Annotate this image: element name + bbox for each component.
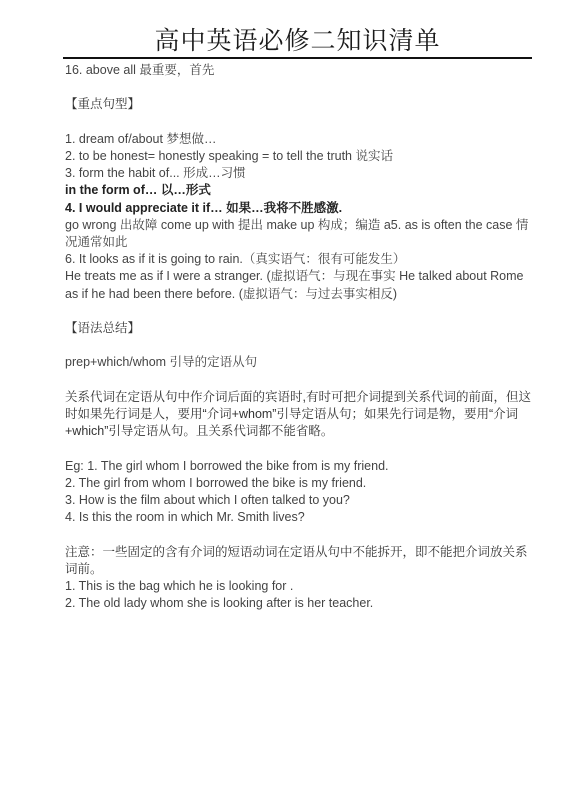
spacer bbox=[65, 303, 535, 320]
sentence-item-3b: in the form of… 以…形式 bbox=[65, 182, 535, 199]
sentence-item-3: 3. form the habit of... 形成…习惯 bbox=[65, 165, 535, 182]
sentence-item-2: 2. to be honest= honestly speaking = to … bbox=[65, 148, 535, 165]
note-example-1: 1. This is the bag which he is looking f… bbox=[65, 578, 535, 595]
sentence-item-1: 1. dream of/about 梦想做… bbox=[65, 131, 535, 148]
sentence-item-4: 4. I would appreciate it if… 如果…我将不胜感激. bbox=[65, 200, 535, 217]
section-heading-key-sentences: 【重点句型】 bbox=[65, 96, 535, 113]
sentence-item-subjunctive: He treats me as if I were a stranger. (虚… bbox=[65, 268, 535, 302]
grammar-explanation: 关系代词在定语从句中作介词后面的宾语时,有时可把介词提到关系代词的前面，但这时如… bbox=[65, 389, 535, 441]
document-page: 高中英语必修二知识清单 16. above all 最重要，首先 【重点句型】 … bbox=[0, 0, 584, 811]
note-example-2: 2. The old lady whom she is looking afte… bbox=[65, 595, 535, 612]
spacer bbox=[65, 526, 535, 543]
spacer bbox=[65, 114, 535, 131]
spacer bbox=[65, 372, 535, 389]
sentence-item-6: 6. It looks as if it is going to rain.（真… bbox=[65, 251, 535, 268]
sentence-item-phrases: go wrong 出故障 come up with 提出 make up 构成；… bbox=[65, 217, 535, 251]
example-4: 4. Is this the room in which Mr. Smith l… bbox=[65, 509, 535, 526]
spacer bbox=[65, 440, 535, 457]
document-body: 16. above all 最重要，首先 【重点句型】 1. dream of/… bbox=[65, 62, 535, 612]
spacer bbox=[65, 337, 535, 354]
example-2: 2. The girl from whom I borrowed the bik… bbox=[65, 475, 535, 492]
page-title: 高中英语必修二知识清单 bbox=[63, 26, 532, 56]
vocab-item-16: 16. above all 最重要，首先 bbox=[65, 62, 535, 79]
example-1: Eg: 1. The girl whom I borrowed the bike… bbox=[65, 458, 535, 475]
section-heading-grammar-summary: 【语法总结】 bbox=[65, 320, 535, 337]
spacer bbox=[65, 79, 535, 96]
note-paragraph: 注意：一些固定的含有介词的短语动词在定语从句中不能拆开，即不能把介词放关系词前。 bbox=[65, 544, 535, 578]
grammar-topic: prep+which/whom 引导的定语从句 bbox=[65, 354, 535, 371]
example-3: 3. How is the film about which I often t… bbox=[65, 492, 535, 509]
title-rule bbox=[63, 57, 532, 59]
